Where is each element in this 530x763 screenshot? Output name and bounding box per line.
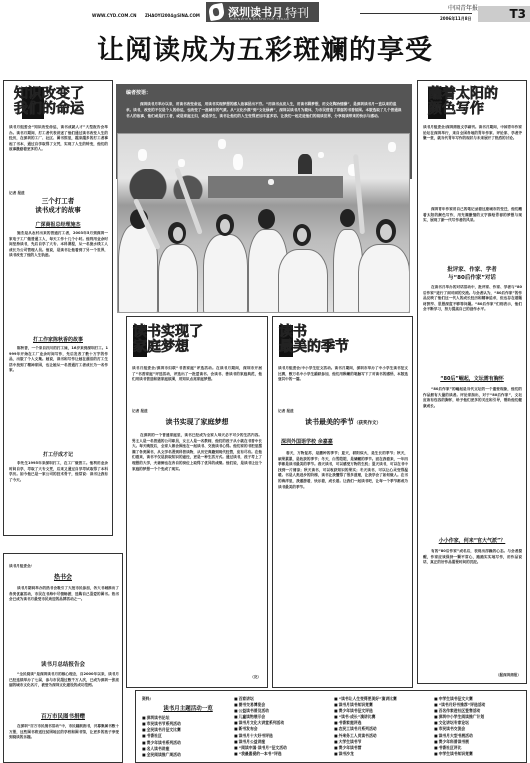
website-url[interactable]: WWW.CYD.COM.CN xyxy=(92,13,137,18)
body-text: 在读书月举办的对话活动中，批评家、作家、学者与“80后作家”进行了面对面的交流。… xyxy=(423,285,522,365)
section-tag: 读书实现了 家庭梦想 xyxy=(133,325,203,355)
editor-note-label: 编者按语： xyxy=(126,89,402,96)
subheading: 批评家、作家、学者 与“80后作家”对话 xyxy=(418,266,526,282)
article-sun-color-writing: 蘸着太阳的 颜色写作 读书月组委会/深圳商报文学副刊。读书月期间，中国青年作家论… xyxy=(417,80,527,684)
list-item: 读书沙龙 xyxy=(334,751,434,757)
masthead: WWW.CYD.COM.CN ZHAOYI2004@SINA.COM 深圳读书月… xyxy=(0,0,530,30)
page-headline: 让阅读成为五彩斑斓的享受 xyxy=(0,31,530,71)
statue xyxy=(298,154,312,174)
subheading: 小小作家，何来“官大气派”？ xyxy=(418,536,526,547)
article-family-dream: 读书实现了 家庭梦想 读书月组委会/深圳市妇联“书香家庭”评选活动。在读书月期间… xyxy=(126,316,268,688)
article-lead: 读书月组委会/深圳商报文学副刊。读书月期间，中国青年作家论坛在深圳举行，来自全国… xyxy=(423,125,522,205)
body-text: 有的“80后作家”成名后，表现出浮躁的心态。与会者提醒，作家应该保持一颗平常心，… xyxy=(423,549,522,673)
masthead-rule xyxy=(360,13,472,14)
body-text: 施杰是从农村出来的普通打工者，2003年5月到深圳一家电子工厂做普通工人，每天工… xyxy=(9,231,108,341)
article-knowledge-changes-fate: 知识改变了 我们的命运 读书月组委会“知识改变命运，读书成就人才”大型报告会举办… xyxy=(3,80,113,536)
body-text: 深圳青年作家用自己的笔记录着这座城市的变迁，他们蘸着太阳的颜色写作，用充满激情的… xyxy=(423,207,522,257)
list-title: 读书月主题活动一览 xyxy=(142,706,234,712)
activity-list: 资料/ 读书月主题活动一览 深圳读书论坛 市民读书节系列活动 全民读书月征文比赛… xyxy=(135,690,527,763)
article-book-fair: 读书月组委会/ 热书会 读书月期间举办的热书会吸引了大批市民参加，各大书城推出了… xyxy=(3,553,123,763)
subheading: 打工作家陈秋香的故事 xyxy=(4,336,112,344)
subheading: “80后”崛起，文坛需有胸怀 xyxy=(418,374,526,385)
list-item: 全民阅读推广周活动 xyxy=(142,752,234,758)
issue-date: 2006年11月8日 xyxy=(440,16,471,22)
body-text: 李先生1995年来深圳打工，在工厂做普工。他利用业余时间自学，考取了大专文凭，后… xyxy=(9,461,108,533)
article-signature: （完） xyxy=(250,675,261,681)
article-source: 记者 报道 xyxy=(278,409,338,415)
section-tag: 蘸着太阳的 颜色写作 xyxy=(428,87,498,117)
article-best-season: 读书 最美的季节 读书月组委会/中小学生征文活动。读书月期间，深圳市举办了中小学… xyxy=(272,316,413,688)
body-text: “80后作家”的崛起是当代文坛的一个重要现象，他们的作品拥有大量的读者。评论家指… xyxy=(423,387,522,537)
body-text: 在深圳“百万市民捐书活动”中，市民踊跃捐书，共募集图书数十万册，这些图书将送往贫… xyxy=(9,724,119,760)
list-item: “我最喜爱的一本书”评选 xyxy=(234,751,334,757)
article-lead: 读书月组委会/中小学生征文活动。读书月期间，深圳市举办了中小学生读书征文比赛，数… xyxy=(278,366,408,406)
article-title: 读书最美的季节（获奖作文） xyxy=(273,417,413,429)
subheading: 百万市民图书捐赠 xyxy=(4,712,122,723)
body-text: 读书月期间举办的热书会吸引了大批市民参加，各大书城推出了各类优惠活动，市民在书海… xyxy=(9,586,119,636)
section-tag: 知识改变了 我们的命运 xyxy=(14,87,84,117)
subheading: 广深商报总经理施杰 xyxy=(4,221,112,229)
body-text: 春天，万物复苏，是播种的季节；夏天，骄阳似火，是生长的季节；秋天，硕果累累，是收… xyxy=(278,451,408,683)
subheading: 热书会 xyxy=(4,572,122,583)
subheading: 读书月总结报告会 xyxy=(4,660,122,671)
article-author: 深圳外国语学校 余嘉嘉 xyxy=(281,437,333,448)
page-number: T3 xyxy=(478,6,530,22)
list-column: “读书让人生变得更美好”演讲比赛 读书月读书知识竞赛 青少年读书征文评选 “读书… xyxy=(334,696,434,758)
section-tag: 读书 最美的季节 xyxy=(279,325,349,355)
editor-note-text: 深圳读书月举办以来，用读书改变命运，用读书实现梦想的感人故事层出不穷。“用读书点… xyxy=(126,101,402,127)
brand-logo-icon xyxy=(208,3,226,21)
story-title: 三个打工者 读书成才的故事 xyxy=(4,197,112,215)
subheading: 打工仔成才记 xyxy=(4,451,112,459)
list-item: 中学生读书知识竞赛 xyxy=(434,751,524,757)
newspaper-name: 中国青年报 xyxy=(448,3,478,12)
contact-email[interactable]: ZHAOYI2004@SINA.COM xyxy=(145,13,200,18)
body-text: 陈秋香，一个来自四川的打工妹，16岁来到深圳打工。1999年开始在工厂业余时间写… xyxy=(9,346,108,456)
article-signature: （据深圳商报） xyxy=(496,673,521,679)
article-source: 记者 报道 xyxy=(132,409,192,415)
article-lead: 读书月组委会/深圳市妇联“书香家庭”评选活动。在读书月期间，深圳市开展了“书香家… xyxy=(132,366,262,406)
body-text: 在深圳的一个普通家庭里，读书已经成为全家人每天必不可少的生活内容。男主人是一名普… xyxy=(132,433,262,673)
body-text: “全民阅读”是深圳读书月的核心理念，自2000年以来，读书月已经连续举办了七届，… xyxy=(9,672,119,712)
list-column: 百家讲坛 图书交易博览会 公益读书普及活动 儿童读物展示会 读书月文化大讲堂系列… xyxy=(234,696,334,758)
feature-photo xyxy=(117,133,410,313)
list-column: 资料/ 读书月主题活动一览 深圳读书论坛 市民读书节系列活动 全民读书月征文比赛… xyxy=(142,696,234,758)
article-title: 读书实现了家庭梦想 xyxy=(127,417,267,428)
crowd xyxy=(118,194,409,313)
article-source: 记者 报道 xyxy=(9,191,69,197)
list-column: 中学生读书征文大赛 “读书月好书推荐”评选活动 百名作家进社区签售活动 深圳中小… xyxy=(434,696,524,758)
brand-pinyin: SHENZHEN DUSHUYUE TEKAN xyxy=(230,17,289,21)
supplement-brand: 深圳读书月 特刊 SHENZHEN DUSHUYUE TEKAN xyxy=(206,2,319,22)
article-lead: 读书月组委会“知识改变命运，读书成就人才”大型报告会举办。读书月期间，打工者代表… xyxy=(9,125,108,195)
article-source: 读书月组委会/ xyxy=(9,564,89,570)
